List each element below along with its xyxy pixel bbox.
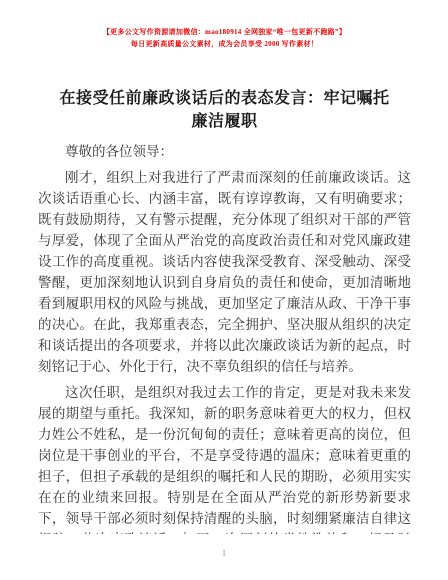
promo-line-2: 每日更新高质量公文素材，成为会员享受 2000 写作素材！ [38, 38, 411, 50]
page-number: 1 [0, 548, 448, 558]
body-paragraph-2: 这次任职，是组织对我过去工作的肯定，更是对我未来发展的期望与重托。我深知，新的职… [38, 382, 411, 534]
page-content: 【更多公文写作资源请加微信：mao180914 全网独家“唯一包更新不跑路”】 … [0, 0, 448, 534]
document-title-line-1: 在接受任前廉政谈话后的表态发言：牢记嘱托 [38, 87, 411, 110]
document-page: 【更多公文写作资源请加微信：mao180914 全网独家“唯一包更新不跑路”】 … [0, 0, 448, 580]
document-title-line-2: 廉洁履职 [38, 110, 411, 133]
promo-header: 【更多公文写作资源请加微信：mao180914 全网独家“唯一包更新不跑路”】 … [38, 26, 411, 50]
salutation: 尊敬的各位领导： [38, 141, 411, 162]
document-title: 在接受任前廉政谈话后的表态发言：牢记嘱托 廉洁履职 [38, 87, 411, 133]
body-paragraph-1: 刚才，组织上对我进行了严肃而深刻的任前廉政谈话。这次谈话语重心长、内涵丰富，既有… [38, 167, 411, 377]
promo-line-1: 【更多公文写作资源请加微信：mao180914 全网独家“唯一包更新不跑路”】 [38, 26, 411, 38]
